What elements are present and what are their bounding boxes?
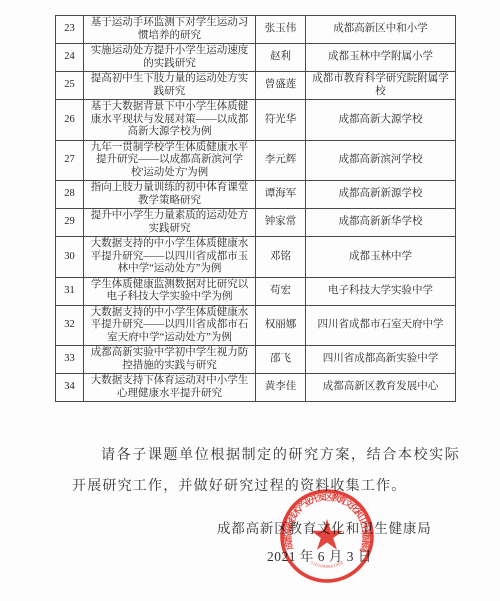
leader-name: 符光华: [256, 100, 306, 141]
row-number: 34: [56, 374, 84, 402]
school-name: 成都高新新源学校: [306, 181, 456, 209]
row-number: 26: [56, 100, 84, 141]
seal-code-text-holder: 5101098861088: [310, 560, 345, 569]
project-title: 大数据支持的中小学生体质健康水平提升研究——以四川省成都市玉林中学“运动处方”为…: [84, 237, 256, 278]
school-name: 四川省成都高新实验中学: [306, 346, 456, 374]
leader-name: 赵利: [256, 44, 306, 72]
table-row: 24 实施运动处方提升小学生运动速度的实践研究 赵利 成都玉林中学附属小学: [56, 44, 456, 72]
school-name: 四川省成都市石室天府中学: [306, 305, 456, 346]
school-name: 成都市教育科学研究院附属学校: [306, 72, 456, 100]
project-title: 大数据支持的中小学生体质健康水平提升研究——以四川省成都市石室天府中学“运动处方…: [84, 305, 256, 346]
row-number: 29: [56, 209, 84, 237]
project-title: 基于运动手环监测下对学生运动习惯培养的研究: [84, 16, 256, 44]
scanned-document-page: 23 基于运动手环监测下对学生运动习惯培养的研究 张玉伟 成都高新区中和小学 2…: [0, 0, 500, 601]
table-row: 32 大数据支持的中小学生体质健康水平提升研究——以四川省成都市石室天府中学“运…: [56, 305, 456, 346]
table-row: 25 提高初中生下肢力量的运动处方实践研究 曾盛莲 成都市教育科学研究院附属学校: [56, 72, 456, 100]
table-row: 31 学生体质健康监测数据对比研究以电子科技大学实验中学为例 苟宏 电子科技大学…: [56, 277, 456, 305]
project-title: 成都高新实验中学初中学生视力防控措施的实践与研究: [84, 346, 256, 374]
table-row: 29 提升中小学生力量素质的运动处方实践研究 钟家常 成都高新新华学校: [56, 209, 456, 237]
school-name: 电子科技大学实验中学: [306, 277, 456, 305]
row-number: 32: [56, 305, 84, 346]
table-row: 30 大数据支持的中小学生体质健康水平提升研究——以四川省成都市玉林中学“运动处…: [56, 237, 456, 278]
leader-name: 邓铭: [256, 237, 306, 278]
leader-name: 权丽娜: [256, 305, 306, 346]
school-name: 成都玉林中学: [306, 237, 456, 278]
project-title: 提高初中生下肢力量的运动处方实践研究: [84, 72, 256, 100]
school-name: 成都高新大源学校: [306, 100, 456, 141]
table-row: 27 九年一贯制学校学生体质健康水平提升研究——以成都高新滨河学校'运动处方'为…: [56, 140, 456, 181]
leader-name: 谭海军: [256, 181, 306, 209]
closing-paragraph: 请各子课题单位根据制定的研究方案，结合本校实际开展研究工作，并做好研究过程的资料…: [72, 440, 460, 502]
project-title: 提升中小学生力量素质的运动处方实践研究: [84, 209, 256, 237]
seal-star-icon: [311, 519, 343, 550]
row-number: 30: [56, 237, 84, 278]
row-number: 25: [56, 72, 84, 100]
leader-name: 张玉伟: [256, 16, 306, 44]
table-row: 34 大数据支持下体育运动对中小学生心理健康水平提升研究 黄李佳 成都高新区教育…: [56, 374, 456, 402]
school-name: 成都高新滨河学校: [306, 140, 456, 181]
table-row: 23 基于运动手环监测下对学生运动习惯培养的研究 张玉伟 成都高新区中和小学: [56, 16, 456, 44]
leader-name: 钟家常: [256, 209, 306, 237]
leader-name: 邵飞: [256, 346, 306, 374]
row-number: 24: [56, 44, 84, 72]
row-number: 33: [56, 346, 84, 374]
row-number: 28: [56, 181, 84, 209]
project-title: 九年一贯制学校学生体质健康水平提升研究——以成都高新滨河学校'运动处方'为例: [84, 140, 256, 181]
table-row: 33 成都高新实验中学初中学生视力防控措施的实践与研究 邵飞 四川省成都高新实验…: [56, 346, 456, 374]
row-number: 23: [56, 16, 84, 44]
row-number: 27: [56, 140, 84, 181]
school-name: 成都玉林中学附属小学: [306, 44, 456, 72]
leader-name: 黄李佳: [256, 374, 306, 402]
table-row: 28 指向上肢力量训练的初中体育课堂教学策略研究 谭海军 成都高新新源学校: [56, 181, 456, 209]
school-name: 成都高新区中和小学: [306, 16, 456, 44]
project-title: 基于大数据背景下中小学生体质健康水平现状与发展对策——以成都高新大源学校为例: [84, 100, 256, 141]
school-name: 成都高新区教育发展中心: [306, 374, 456, 402]
table-row: 26 基于大数据背景下中小学生体质健康水平现状与发展对策——以成都高新大源学校为…: [56, 100, 456, 141]
research-project-table: 23 基于运动手环监测下对学生运动习惯培养的研究 张玉伟 成都高新区中和小学 2…: [55, 15, 456, 402]
leader-name: 曾盛莲: [256, 72, 306, 100]
project-title: 实施运动处方提升小学生运动速度的实践研究: [84, 44, 256, 72]
official-seal-stamp: 成都高新技术产业开发区教育文化和卫生健康局 5101098861088: [277, 486, 377, 586]
leader-name: 李元辉: [256, 140, 306, 181]
project-title: 学生体质健康监测数据对比研究以电子科技大学实验中学为例: [84, 277, 256, 305]
row-number: 31: [56, 277, 84, 305]
school-name: 成都高新新华学校: [306, 209, 456, 237]
project-title: 大数据支持下体育运动对中小学生心理健康水平提升研究: [84, 374, 256, 402]
project-title: 指向上肢力量训练的初中体育课堂教学策略研究: [84, 181, 256, 209]
seal-code-text: 5101098861088: [310, 560, 345, 569]
leader-name: 苟宏: [256, 277, 306, 305]
